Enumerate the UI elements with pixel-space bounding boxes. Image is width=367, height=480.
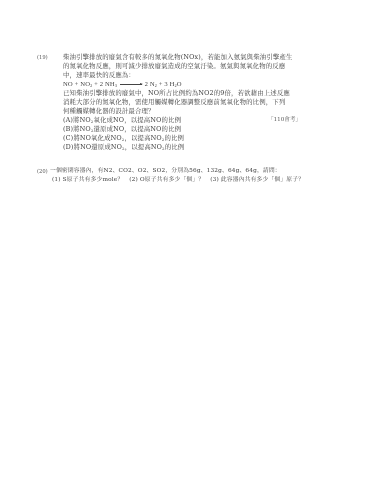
exam-page: (19) 柴油引擎排放的廢氣含有較多的氮氧化物(NOx)，若能加入氨氣與柴油引擎… [0,0,367,480]
q19-line-4: 已知柴油引擎排放的廢氣中，NO所占比例約為NO2的9倍，若欲藉由上述反應 [63,90,290,97]
option-c: (C)將NO氧化成NO2，以提高NO2的比例 [63,135,184,143]
q20-subquestions: (1) S原子共有多少mole？ (2) O原子共有多少「個」？ (3) 此容器… [52,177,304,184]
q20-stem: 一個密閉容器內，有N2、CO2、O2、SO2，分別為56g、132g、64g、6… [50,168,281,175]
option-b: (B)將NO2還原成NO，以提高NO的比例 [63,126,181,134]
q19-line-6: 何種觸媒轉化器的設計最合理？ [63,108,155,115]
option-d: (D)將NO還原成NO2，以提高NO2的比例 [63,144,184,152]
option-a: (A)將NO2氧化成NO，以提高NO的比例 [63,117,181,125]
question-20-number: (20) [37,169,48,175]
q19-line-1: 柴油引擎排放的廢氣含有較多的氮氧化物(NOx)，若能加入氨氣與柴油引擎產生 [63,54,292,61]
q19-line-3: 中，速率最快的反應為： [63,72,135,79]
q19-line-2: 的氮氧化物反應，則可減少排放廢氣造成的空氣汙染。氨氣與氮氧化物的反應 [63,63,285,70]
q19-line-5: 消耗大部分的氮氧化物，需使用觸媒轉化器調整反應前氮氧化物的比例，下列 [63,99,285,106]
question-19-number: (19) [37,55,48,61]
source-tag: 「110會考」 [268,115,301,123]
q19-equation: NO + NO2 + 2 NH3 2 N2 + 3 H2O [63,81,182,89]
reaction-arrow-icon [120,84,142,85]
